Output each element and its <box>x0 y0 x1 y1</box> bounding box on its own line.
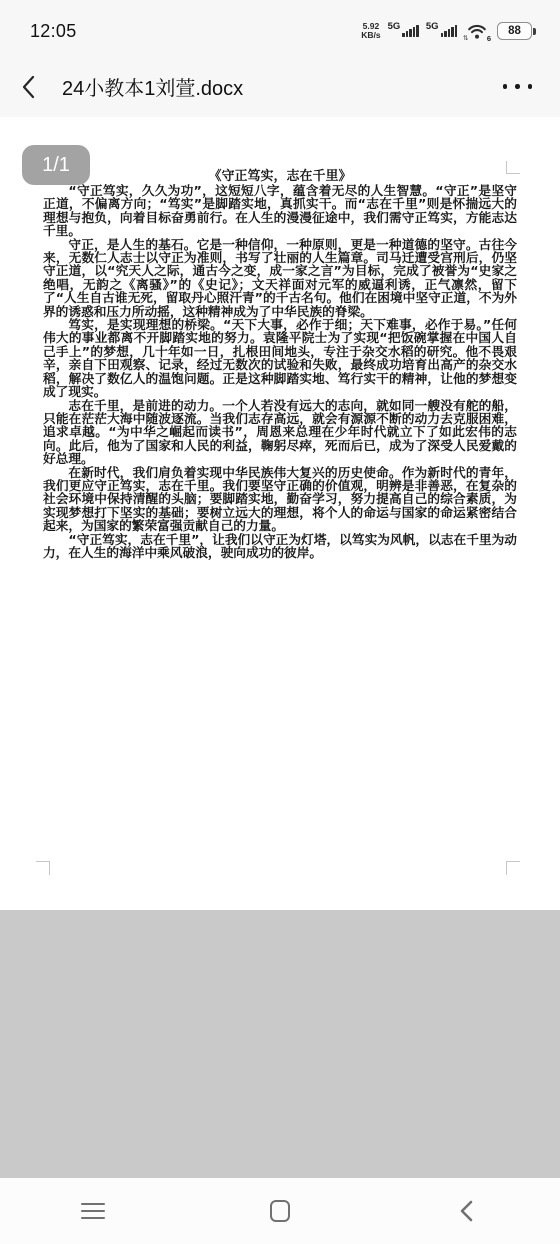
paragraph: 志在千里，是前进的动力。一个人若没有远大的志向，就如同一艘没有舵的船，只能在茫茫… <box>43 399 517 466</box>
wifi6-label: 6 <box>487 35 491 43</box>
sim2-signal: 5G <box>426 25 457 37</box>
dot-icon <box>503 84 508 89</box>
dot-icon <box>515 84 520 89</box>
wifi-icon: ⇅ 6 <box>464 22 490 40</box>
chevron-left-icon <box>459 1199 474 1223</box>
dot-icon <box>528 84 533 89</box>
sim2-5g-label: 5G <box>426 21 439 32</box>
home-button[interactable] <box>187 1178 374 1244</box>
network-speed-unit: KB/s <box>361 31 380 41</box>
margin-corner-mark <box>36 861 50 875</box>
navigation-bar <box>0 1178 560 1244</box>
paragraph: 笃实，是实现理想的桥梁。“天下大事，必作于细；天下难事，必作于易。”任何伟大的事… <box>43 318 517 398</box>
paragraph: 在新时代，我们肩负着实现中华民族伟大复兴的历史使命。作为新时代的青年，我们更应守… <box>43 466 517 533</box>
phone-screen: 12:05 5.92 KB/s 5G 5G ⇅ 6 <box>0 0 560 1244</box>
signal-bars-icon <box>402 25 419 37</box>
signal-bars-icon <box>441 25 458 37</box>
network-speed: 5.92 KB/s <box>361 22 380 41</box>
more-options-button[interactable] <box>501 74 535 99</box>
margin-corner-mark <box>506 861 520 875</box>
page-indicator-badge: 1/1 <box>22 145 90 185</box>
battery-nub <box>533 28 536 35</box>
clock: 12:05 <box>30 21 77 42</box>
app-header: 24小教本1刘萱.docx <box>0 56 560 117</box>
chevron-left-icon <box>20 74 38 100</box>
paragraph: “守正笃实，久久为功”，这短短八字，蕴含着无尽的人生智慧。“守正”是坚守正道，不… <box>43 184 517 238</box>
paragraph: 守正，是人生的基石。它是一种信仰，一种原则，更是一种道德的坚守。古往今来，无数仁… <box>43 238 517 318</box>
document-page[interactable]: 《守正笃实，志在千里》 “守正笃实，久久为功”，这短短八字，蕴含着无尽的人生智慧… <box>0 117 560 910</box>
paragraph: “守正笃实，志在千里”，让我们以守正为灯塔，以笃实为风帆，以志在千里为动力，在人… <box>43 533 517 560</box>
status-bar: 12:05 5.92 KB/s 5G 5G ⇅ 6 <box>0 0 560 56</box>
wifi-activity-arrows-icon: ⇅ <box>463 36 468 43</box>
nav-back-button[interactable] <box>373 1178 560 1244</box>
document-viewer-canvas[interactable]: 《守正笃实，志在千里》 “守正笃实，久久为功”，这短短八字，蕴含着无尽的人生智慧… <box>0 117 560 1178</box>
document-filename: 24小教本1刘萱.docx <box>62 72 243 101</box>
document-title: 《守正笃实，志在千里》 <box>43 170 517 184</box>
sim1-signal: 5G <box>388 25 419 37</box>
battery-icon: 88 <box>497 22 536 40</box>
back-button[interactable] <box>20 72 46 102</box>
sim1-5g-label: 5G <box>388 21 401 32</box>
home-square-icon <box>270 1200 290 1222</box>
recents-button[interactable] <box>0 1178 187 1244</box>
status-icons: 5.92 KB/s 5G 5G ⇅ 6 <box>361 22 536 41</box>
menu-lines-icon <box>81 1203 105 1220</box>
battery-percent: 88 <box>508 25 521 37</box>
